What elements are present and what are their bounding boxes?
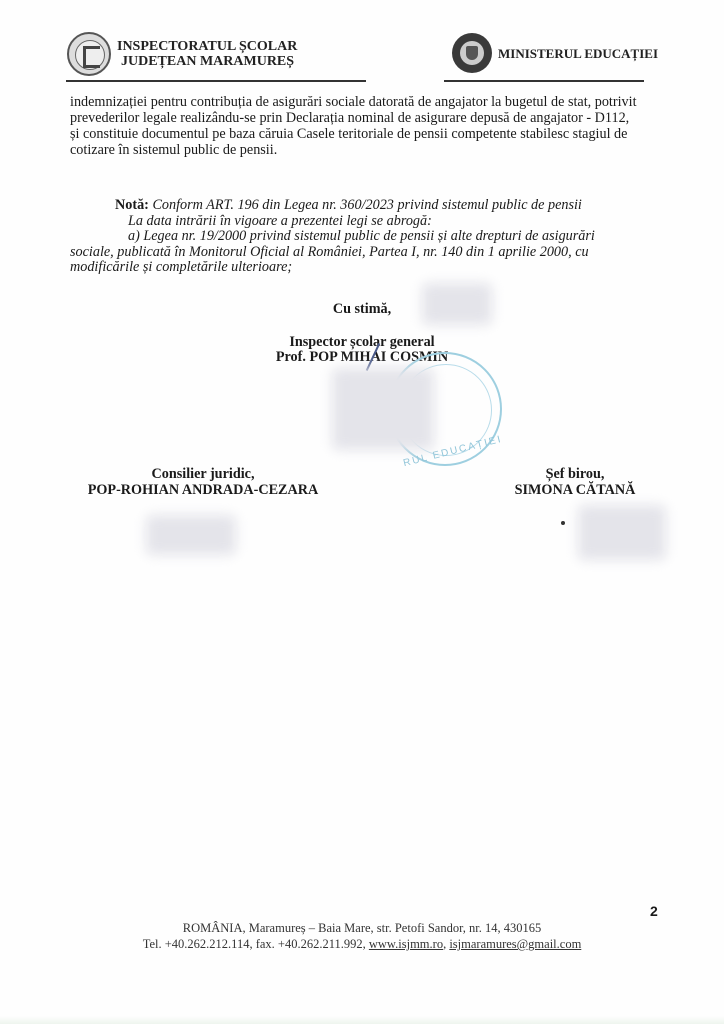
note-label: Notă: — [115, 197, 149, 213]
signatory-name: Prof. POP MIHAI COSMIN — [0, 350, 724, 365]
right-signer-name: SIMONA CĂTANĂ — [490, 482, 660, 498]
footer-phone-fax: Tel. +40.262.212.114, fax. +40.262.211.9… — [143, 937, 369, 951]
header-divider-left — [66, 80, 366, 82]
left-signer-title: Consilier juridic, — [68, 466, 338, 482]
footer: ROMÂNIA, Maramureș – Baia Mare, str. Pet… — [0, 920, 724, 952]
note-text: Conform ART. 196 din Legea nr. 360/2023 … — [149, 197, 582, 213]
paragraph-line: indemnizației pentru contribuția de asig… — [70, 94, 670, 110]
redacted-signature — [332, 368, 434, 450]
institution-title: INSPECTORATUL ȘCOLAR JUDEȚEAN MARAMUREȘ — [117, 39, 297, 69]
paragraph-line: cotizare în sistemul public de pensii. — [70, 142, 670, 158]
paragraph-line: prevederilor legale realizându-se prin D… — [70, 110, 670, 126]
website-link[interactable]: www.isjmm.ro — [369, 937, 443, 951]
page-number: 2 — [650, 903, 658, 919]
note-line-1: Notă: Conform ART. 196 din Legea nr. 360… — [70, 198, 680, 214]
ink-dot — [561, 521, 565, 525]
note-line-3: a) Legea nr. 19/2000 privind sistemul pu… — [70, 229, 680, 245]
right-signer: Șef birou, SIMONA CĂTANĂ — [490, 466, 660, 498]
closing-salutation: Cu stimă, — [0, 302, 724, 317]
paragraph-line: și constituie documentul pe baza căruia … — [70, 126, 670, 142]
redacted-signature-right — [578, 505, 666, 560]
footer-contact: Tel. +40.262.212.114, fax. +40.262.211.9… — [0, 936, 724, 952]
redacted-signature-left — [146, 515, 236, 555]
note-line-4: sociale, publicată în Monitorul Oficial … — [70, 245, 680, 261]
institution-title-line-1: INSPECTORATUL ȘCOLAR — [117, 39, 297, 54]
header-divider-right — [444, 80, 644, 82]
body-paragraph: indemnizației pentru contribuția de asig… — [70, 94, 670, 158]
footer-address: ROMÂNIA, Maramureș – Baia Mare, str. Pet… — [0, 920, 724, 936]
guvernul-romaniei-crest-icon — [452, 33, 492, 73]
left-signer-name: POP-ROHIAN ANDRADA-CEZARA — [68, 482, 338, 498]
scan-edge — [0, 1016, 724, 1024]
note-line-5: modificările și completările ulterioare; — [70, 260, 680, 276]
note-line-2: La data intrării în vigoare a prezentei … — [70, 214, 680, 230]
email-link[interactable]: isjmaramures@gmail.com — [449, 937, 581, 951]
right-signer-title: Șef birou, — [490, 466, 660, 482]
isj-maramures-logo-icon — [67, 32, 111, 76]
legal-note: Notă: Conform ART. 196 din Legea nr. 360… — [70, 198, 680, 276]
signatory-title: Inspector școlar general — [0, 335, 724, 350]
ministry-title: MINISTERUL EDUCAȚIEI — [498, 46, 658, 62]
left-signer: Consilier juridic, POP-ROHIAN ANDRADA-CE… — [68, 466, 338, 498]
institution-title-line-2: JUDEȚEAN MARAMUREȘ — [117, 54, 297, 69]
